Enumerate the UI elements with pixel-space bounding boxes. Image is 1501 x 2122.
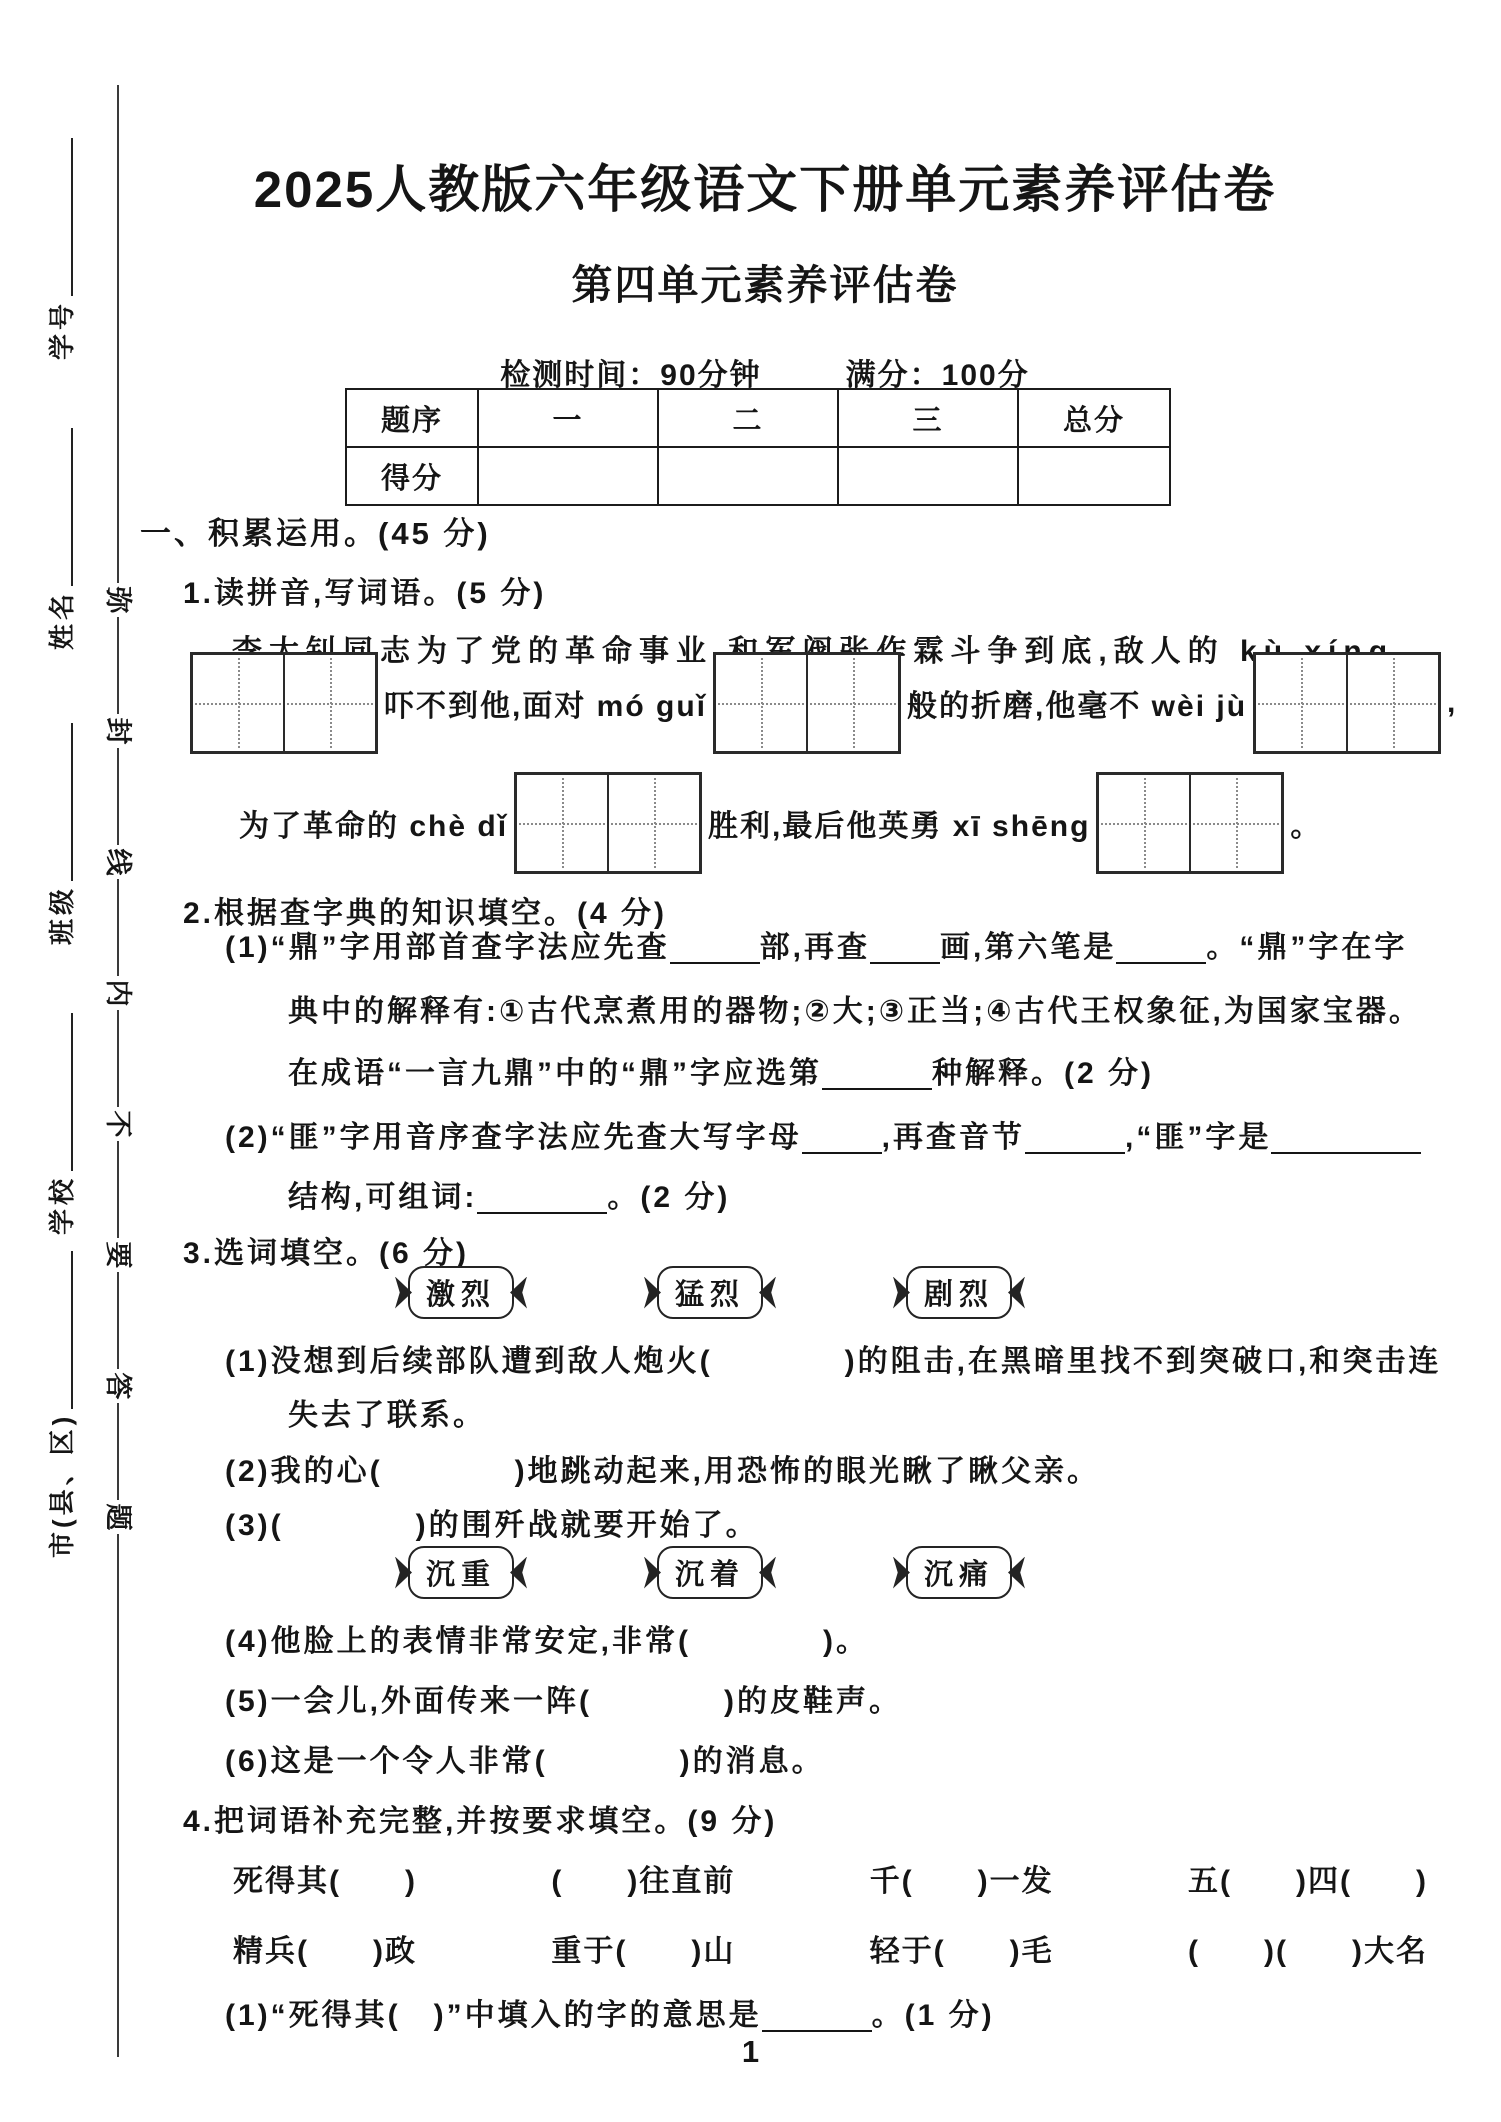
seal-char-3: 线	[100, 845, 136, 879]
score-row-label: 得分	[346, 447, 478, 505]
word-candy: 猛烈	[644, 1266, 776, 1319]
word-choice-group-2: 沉重 沉着 沉痛	[395, 1546, 1025, 1599]
fill-blank[interactable]	[477, 1180, 607, 1214]
q2-i1c: 画,第六笔是	[940, 931, 1116, 964]
q2-i2b: ,再查音节	[882, 1121, 1025, 1154]
fill-blank[interactable]	[1025, 1120, 1125, 1154]
page-title: 2025人教版六年级语文下册单元素养评估卷	[140, 148, 1390, 222]
writing-grid[interactable]	[190, 652, 378, 754]
seal-line	[117, 85, 119, 2057]
city-county-blank[interactable]	[47, 1251, 73, 1409]
table-row: 得分	[346, 447, 1170, 505]
word-option: 剧烈	[906, 1266, 1012, 1319]
word-candy: 沉痛	[893, 1546, 1025, 1599]
q4-idiom-row-2: 精兵( )政 重于( )山 轻于( )毛 ( )( )大名	[233, 1926, 1428, 1970]
score-table-header: 总分	[1018, 389, 1170, 447]
question-4-label: 4.把词语补充完整,并按要求填空。(9 分)	[183, 1796, 777, 1840]
q2-i1d: 。“鼎”字在字	[1206, 931, 1407, 964]
score-cell[interactable]	[658, 447, 838, 505]
q4-i1b: 。(1 分)	[872, 1999, 995, 2032]
student-id-field: 学号	[42, 60, 78, 360]
q2-item2-line1: (2)“匪”字用音序查字法应先查大写字母,再查音节,“匪”字是	[225, 1112, 1421, 1156]
score-table-header: 题序	[346, 389, 478, 447]
writing-grid[interactable]	[713, 652, 901, 754]
q1-writing-row-1: 吓不到他,面对 mó guǐ 般的折磨,他毫不 wèi jù ,	[190, 652, 1460, 754]
name-blank[interactable]	[47, 428, 73, 586]
word-option: 激烈	[408, 1266, 514, 1319]
score-table-header: 三	[838, 389, 1018, 447]
seal-char-8: 题	[100, 1500, 136, 1534]
fill-blank[interactable]	[802, 1120, 882, 1154]
school-blank[interactable]	[47, 1013, 73, 1171]
q2-item1-line3: 在成语“一言九鼎”中的“鼎”字应选第种解释。(2 分)	[288, 1048, 1154, 1092]
name-label: 姓名	[42, 590, 79, 650]
fill-blank[interactable]	[762, 1998, 872, 2032]
score-cell[interactable]	[478, 447, 658, 505]
student-id-blank[interactable]	[47, 138, 73, 296]
seal-char-4: 内	[100, 976, 136, 1010]
q2-i2c: ,“匪”字是	[1125, 1121, 1271, 1154]
word-candy: 沉着	[644, 1546, 776, 1599]
word-option: 沉痛	[906, 1546, 1012, 1599]
word-option: 猛烈	[657, 1266, 763, 1319]
q2-item1-line1: (1)“鼎”字用部首查字法应先查部,再查画,第六笔是。“鼎”字在字	[225, 922, 1407, 966]
fill-blank[interactable]	[1116, 930, 1206, 964]
q2-item2-line2: 结构,可组词:。(2 分)	[288, 1172, 730, 1216]
seal-char-1: 弥	[100, 583, 136, 617]
q1-text-seg2: 般的折磨,他毫不 wèi jù	[907, 681, 1247, 725]
q2-i1a: (1)“鼎”字用部首查字法应先查	[225, 931, 670, 964]
q1-text-seg4: 胜利,最后他英勇 xī shēng	[708, 801, 1090, 845]
word-candy: 沉重	[395, 1546, 527, 1599]
q2-i1l3a: 在成语“一言九鼎”中的“鼎”字应选第	[288, 1057, 822, 1090]
idiom-item: 死得其( )	[233, 1856, 417, 1900]
idiom-item: 五( )四( )	[1188, 1856, 1428, 1900]
seal-char-6: 要	[100, 1238, 136, 1272]
q1-text-seg3: 为了革命的 chè dǐ	[239, 801, 508, 845]
question-1-label: 1.读拼音,写词语。(5 分)	[183, 568, 546, 612]
class-blank[interactable]	[47, 723, 73, 881]
q3-item6: (6)这是一个令人非常( )的消息。	[225, 1736, 825, 1780]
idiom-item: 千( )一发	[870, 1856, 1054, 1900]
q3-item2: (2)我的心( )地跳动起来,用恐怖的眼光瞅了瞅父亲。	[225, 1446, 1100, 1490]
word-candy: 剧烈	[893, 1266, 1025, 1319]
q2-i2l2b: 。(2 分)	[607, 1181, 730, 1214]
seal-char-5: 不	[100, 1107, 136, 1141]
idiom-item: ( )往直前	[551, 1856, 735, 1900]
word-choice-group-1: 激烈 猛烈 剧烈	[395, 1266, 1025, 1319]
score-cell[interactable]	[1018, 447, 1170, 505]
fill-blank[interactable]	[822, 1056, 932, 1090]
score-table-header: 一	[478, 389, 658, 447]
q1-text-tail2: 。	[1290, 801, 1322, 845]
name-field: 姓名	[42, 350, 78, 650]
q1-text-seg1: 吓不到他,面对 mó guǐ	[384, 681, 707, 725]
word-option: 沉着	[657, 1546, 763, 1599]
seal-char-7: 答	[100, 1369, 136, 1403]
idiom-item: 精兵( )政	[233, 1926, 417, 1970]
q4-i1a: (1)“死得其( )”中填入的字的意思是	[225, 1999, 762, 2032]
q1-writing-row-2: 为了革命的 chè dǐ 胜利,最后他英勇 xī shēng 。	[233, 772, 1328, 874]
word-option: 沉重	[408, 1546, 514, 1599]
q3-item3: (3)( )的围歼战就要开始了。	[225, 1500, 759, 1544]
city-county-label: 市(县、区)	[42, 1413, 79, 1558]
page-number: 1	[0, 2034, 1501, 2070]
q4-item1: (1)“死得其( )”中填入的字的意思是。(1 分)	[225, 1990, 995, 2034]
q2-i2a: (2)“匪”字用音序查字法应先查大写字母	[225, 1121, 802, 1154]
q2-i1b: 部,再查	[760, 931, 870, 964]
word-candy: 激烈	[395, 1266, 527, 1319]
score-cell[interactable]	[838, 447, 1018, 505]
q1-text-tail1: ,	[1447, 686, 1457, 720]
q2-i1l3b: 种解释。(2 分)	[932, 1057, 1154, 1090]
q2-item1-line2: 典中的解释有:①古代烹煮用的器物;②大;③正当;④古代王权象征,为国家宝器。	[288, 986, 1422, 1030]
school-field: 学校	[42, 935, 78, 1235]
fill-blank[interactable]	[670, 930, 760, 964]
q3-item1-line2: 失去了联系。	[288, 1390, 486, 1434]
seal-char-2: 封	[100, 714, 136, 748]
fill-blank[interactable]	[870, 930, 940, 964]
score-table-header: 二	[658, 389, 838, 447]
fill-blank[interactable]	[1271, 1120, 1421, 1154]
writing-grid[interactable]	[1253, 652, 1441, 754]
page-subtitle: 第四单元素养评估卷	[140, 252, 1390, 311]
writing-grid[interactable]	[1096, 772, 1284, 874]
table-row: 题序 一 二 三 总分	[346, 389, 1170, 447]
class-field: 班级	[42, 645, 78, 945]
q2-i2l2a: 结构,可组词:	[288, 1181, 477, 1214]
idiom-item: 重于( )山	[551, 1926, 735, 1970]
idiom-item: ( )( )大名	[1188, 1926, 1428, 1970]
exam-paper-page: 学号 姓名 班级 学校 市(县、区) 弥 封 线 内 不 要 答 题 2025人…	[0, 0, 1501, 2122]
q3-item1: (1)没想到后续部队遭到敌人炮火( )的阻击,在黑暗里找不到突破口,和突击连	[225, 1336, 1441, 1380]
score-table: 题序 一 二 三 总分 得分	[345, 388, 1171, 506]
section-title: 一、积累运用。(45 分)	[140, 508, 491, 553]
writing-grid[interactable]	[514, 772, 702, 874]
city-county-field: 市(县、区)	[42, 1222, 78, 1558]
q3-item4: (4)他脸上的表情非常安定,非常( )。	[225, 1616, 869, 1660]
q4-idiom-row-1: 死得其( ) ( )往直前 千( )一发 五( )四( )	[233, 1856, 1428, 1900]
idiom-item: 轻于( )毛	[870, 1926, 1054, 1970]
q3-item5: (5)一会儿,外面传来一阵( )的皮鞋声。	[225, 1676, 902, 1720]
